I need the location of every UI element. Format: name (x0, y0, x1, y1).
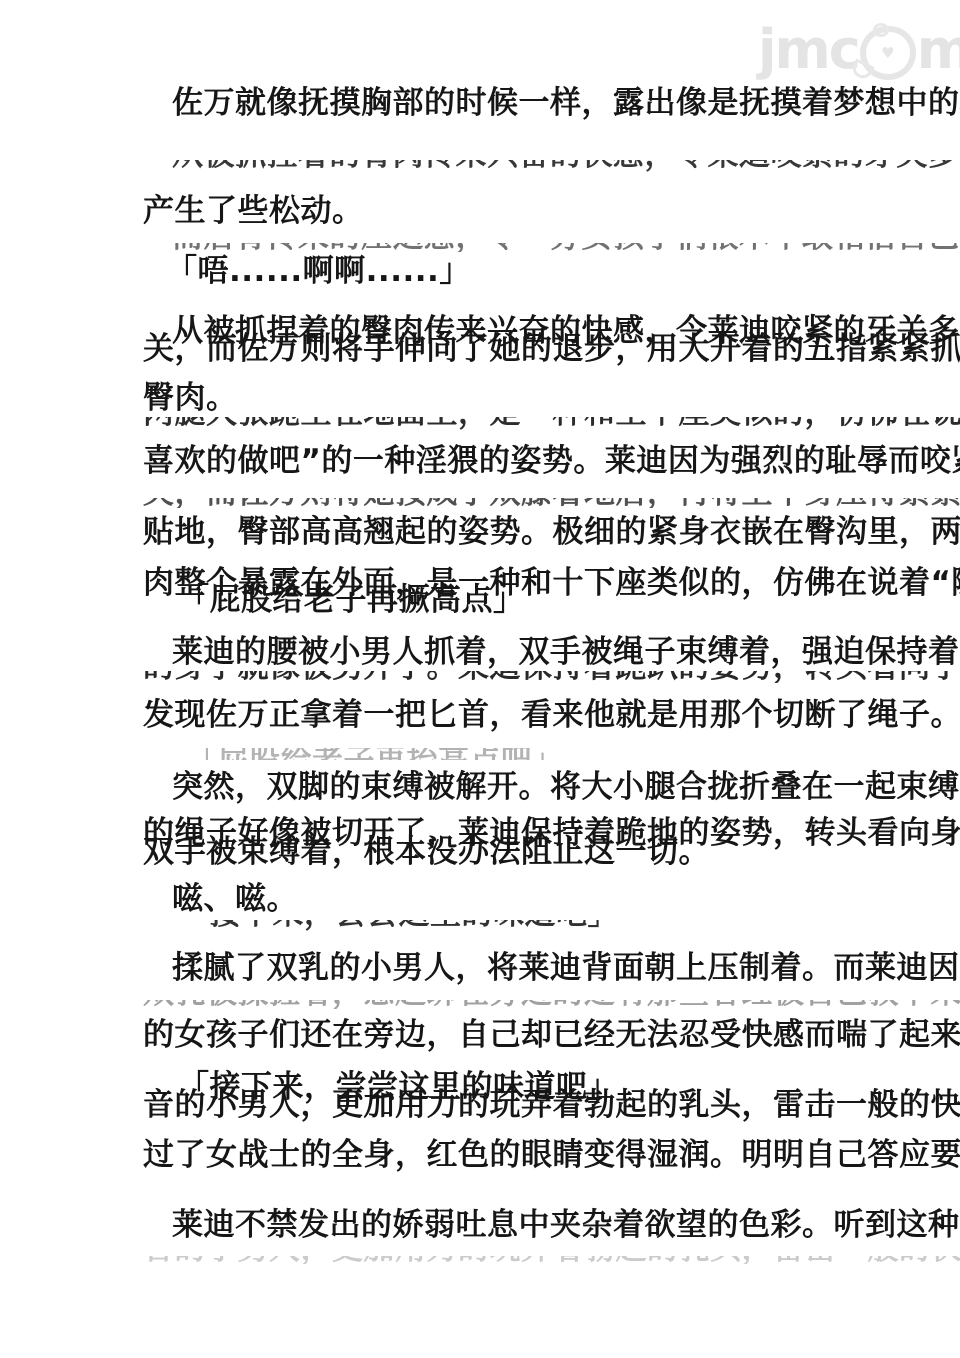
text-line: 臀肉。 (143, 383, 238, 414)
text-line: 佐万就像抚摸胸部的时候一样，露出像是抚摸着梦想中的极 (172, 88, 960, 119)
partial-text-line: 关，而佐万则将她按成了双膝着地后，再将上半身压得紧紧的 (143, 498, 960, 508)
text-line: 过了女战士的全身，红色的眼睛变得湿润。明明自己答应要救援 (143, 1140, 960, 1171)
clipped-text: 从被抓捏着的臀肉传来兴奋的快感，令莱迪咬紧的牙关多少 (172, 160, 960, 171)
text-line: 双手被束缚着，根本没办法阻止这一切。 (143, 837, 710, 868)
text-line: 「唔......啊啊......」 (166, 256, 471, 287)
clipped-text: 「接下来，尝尝这里的味道吧」 (178, 920, 619, 930)
clipped-text: 而后背传来的压迫感，令一旁女孩子们根本不敢相信自己的眼 (172, 243, 960, 252)
novel-page: jmc ♥ mic 佐万就像抚摸胸部的时候一样，露出像是抚摸着梦想中的极从被抓捏… (0, 0, 960, 1358)
text-line: 发现佐万正拿着一把匕首，看来他就是用那个切断了绳子。 (143, 700, 960, 731)
text-line: 喜欢的做吧”的一种淫猥的姿势。莱迪因为强烈的耻辱而咬紧牙 (143, 446, 960, 477)
clipped-text: 关，而佐万则将她按成了双膝着地后，再将上半身压得紧紧的 (143, 498, 960, 508)
text-line: 的女孩子们还在旁边，自己却已经无法忍受快感而喘了起来。 (143, 1020, 960, 1051)
partial-text-line: 从被抓捏着的臀肉传来兴奋的快感，令莱迪咬紧的牙关多少 (172, 160, 960, 172)
clipped-text: 「屁股给老子再抬高点吧」 (186, 748, 564, 760)
text-line: 莱迪的腰被小男人抓着，双手被绳子束缚着，强迫保持着脸 (172, 637, 960, 668)
clipped-text: 双乳被揉搓着，想起绑在旁边的还有那些曾经被自己救下来 (143, 1000, 960, 1009)
text-line: 音的小男人，更加用力的玩弄着勃起的乳头，雷击一般的快感穿 (143, 1090, 960, 1121)
jmcomic-mascot-icon: ♥ (860, 26, 916, 80)
clipped-text: 两腿大张跪坐在地面上，是一种和土下座类似的，仿佛在说着 (143, 417, 960, 429)
text-line: 嗞、嗞。 (172, 884, 298, 915)
text-line: 莱迪不禁发出的娇弱吐息中夹杂着欲望的色彩。听到这种声 (172, 1210, 960, 1241)
partial-text-line: 的身子就像被劈开了。莱迪保持着跪趴的姿势，转头看向了身后。 (143, 671, 960, 683)
partial-text-line: 双乳被揉搓着，想起绑在旁边的还有那些曾经被自己救下来 (143, 1000, 960, 1009)
partial-text-line: 而后背传来的压迫感，令一旁女孩子们根本不敢相信自己的眼 (172, 243, 960, 252)
partial-text-line: 「屁股给老子再抬高点吧」 (186, 748, 564, 760)
watermark-text-left: jmc (758, 23, 859, 77)
text-line: 揉腻了双乳的小男人，将莱迪背面朝上压制着。而莱迪因为 (172, 953, 960, 984)
text-line: 「屁股给老子再撅高点」 (178, 585, 525, 616)
jmcomic-watermark: jmc ♥ mic (758, 20, 960, 80)
clipped-text: 的身子就像被劈开了。莱迪保持着跪趴的姿势，转头看向了身后。 (143, 671, 960, 683)
partial-text-line: 音的小男人，更加用力的玩弄着勃起的乳头，雷击一般的快感 (143, 1256, 960, 1264)
text-line: 突然，双脚的束缚被解开。将大小腿合拢折叠在一起束缚着 (172, 772, 960, 803)
partial-text-line: 两腿大张跪坐在地面上，是一种和土下座类似的，仿佛在说着 (143, 417, 960, 430)
text-line: 贴地，臀部高高翘起的姿势。极细的紧身衣嵌在臀沟里，两片臀 (143, 517, 960, 548)
text-line: 产生了些松动。 (143, 196, 364, 227)
watermark-text-right: mic (917, 23, 960, 77)
partial-text-line: 「接下来，尝尝这里的味道吧」 (178, 920, 619, 931)
clipped-text: 音的小男人，更加用力的玩弄着勃起的乳头，雷击一般的快感 (143, 1256, 960, 1264)
text-line: 关，而佐万则将手伸向了她的退步，用大开着的五指紧紧抓捏着 (143, 334, 960, 365)
